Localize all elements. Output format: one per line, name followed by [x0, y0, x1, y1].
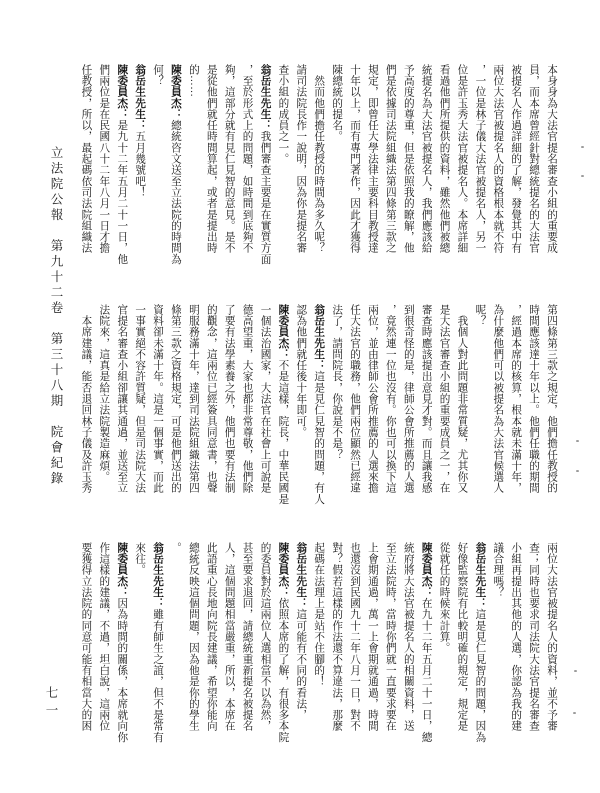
text-column: 的……: [184, 64, 202, 272]
speaker-name: 翁岳生先生：: [474, 542, 485, 609]
text-column: 小組再提出其他的人選，你認為我的建: [506, 542, 524, 750]
speaker-name: 翁岳生先生：: [260, 64, 271, 131]
gazette-header: 立法院公報 第九十二卷 第三十八期 院會紀錄: [47, 146, 65, 487]
text-column: 查；同時也要求司法院大法官提名審查: [524, 542, 542, 750]
text-column: ，經過本席的核算，根本就未滿十年，: [506, 304, 524, 512]
text-column: 的觀念，這兩位已經簽具同意書，也聲: [202, 304, 220, 512]
text-column: 議合理嗎？: [488, 542, 506, 750]
text-column: 予高度的尊重，但是依照我的瞭解，他: [399, 64, 417, 272]
text-column: 統提名為大法官被提名人，我們應該給: [417, 64, 435, 272]
text-column: 時間應該達十年以上。他們任職的期間: [524, 304, 542, 512]
text-column: 條第三款之資格規定，可是他們送出的: [166, 304, 184, 512]
text-column: 本席建議，能否退回林子儀及許玉秀: [77, 304, 95, 512]
text-column: 統府將大法官被提名人的相關資料，送: [399, 542, 417, 750]
speaker-name: 陳委員杰：: [421, 542, 432, 598]
text-column: 到很奇怪的是，律師公會所推薦的人選: [399, 304, 417, 512]
text-column: 呢？: [470, 304, 488, 512]
speaker-name: 陳委員杰：: [170, 64, 181, 120]
text-column: ，一位是林子儀大法官被提名人，另一: [470, 64, 488, 272]
speaker-name: 陳委員杰：: [116, 64, 127, 120]
text-column: 一事實絕不容許質疑，但是司法院大法: [130, 304, 148, 512]
scan-speck: [576, 440, 579, 442]
text-band-middle: 第四條第三款之規定，他們擔任教授的時間應該達十年以上。他們任職的期間，經過本席的…: [76, 304, 560, 512]
text-column: 請司法院長作一說明，因為你是提名審: [291, 64, 309, 272]
text-column: 法了，請問院長，你說是不是？: [327, 304, 345, 512]
text-column: 陳委員杰：是九十二年五月二十一日，他: [112, 64, 130, 272]
text-column: 查小組的成員之一。: [274, 64, 292, 272]
text-column: 為什麼他們可以被提名為大法官候選人: [488, 304, 506, 512]
page-number: 七一: [42, 686, 60, 721]
text-column: 作這樣的建議，不過，坦白說，這兩位: [94, 542, 112, 750]
text-column: 審查時應該提出意見才對。而且讓我感: [417, 304, 435, 512]
text-column: 規定，即曾任大學法律主要科目教授達: [363, 64, 381, 272]
text-column: 德高望重，大家也都非常尊敬，他們除: [238, 304, 256, 512]
text-column: 翁岳生先生：雖有師生之誼，但不是常有: [148, 542, 166, 750]
text-column: 兩位大法官被提名人的資料，並不予審: [542, 542, 560, 750]
text-column: 陳委員杰：不是這樣，院長，中華民國是: [274, 304, 292, 512]
text-column: 們兩位是在民國八十二年八月一日才擔: [94, 64, 112, 272]
text-column: 資料卻未滿十年。這是一個事實，而此: [148, 304, 166, 512]
text-column: 第四條第三款之規定，他們擔任教授的: [542, 304, 560, 512]
text-column: 甚至要求退回，請總統重新提名被提名: [238, 542, 256, 750]
text-column: 上會期通過，萬一上會期就通過，時間: [363, 542, 381, 750]
text-band-bottom: 兩位大法官被提名人的資料，並不予審查；同時也要求司法院大法官提名審查小組再提出其…: [76, 542, 560, 750]
speaker-name: 翁岳生先生：: [134, 64, 145, 131]
text-column: 被提名人作過詳細的了解，發覺其中有: [506, 64, 524, 272]
text-column: 翁岳生先生：五月幾號吧！: [130, 64, 148, 272]
text-column: 此語重心長地向院長建議，希望你能向: [202, 542, 220, 750]
text-column: 看過他們所提供的資料，雖然他們被總: [435, 64, 453, 272]
scan-speck: [581, 175, 584, 177]
text-column: 認為他們就任後十年即可。: [291, 304, 309, 512]
scan-speck: [576, 470, 579, 472]
text-column: 至立法院時，當時你們就一直要求要在: [381, 542, 399, 750]
text-column: 翁岳生先生：這是見仁見智的問題，有人: [309, 304, 327, 512]
text-column: 翁岳生先生：這可能有不同的看法，: [291, 542, 309, 750]
text-column: 對？假若這樣的作法還不算違法，那麼: [327, 542, 345, 750]
text-column: 明服務滿十年，達到司法院組織法第四: [184, 304, 202, 512]
text-column: 然而他們擔任教授的時間為多久呢？: [309, 64, 327, 272]
text-column: 好像監察院有比較明確的規定，規定是: [453, 542, 471, 750]
text-column: 位是許玉秀大法官被提名人。本席詳細: [453, 64, 471, 272]
text-column: 的委員對於這兩位人選相當不以為然，: [256, 542, 274, 750]
text-column: 陳委員杰：因為時間的關係，本席就向你: [112, 542, 130, 750]
text-column: 陳委員杰：在九十二年五月二十一日，總: [417, 542, 435, 750]
text-column: 也還沒到民國九十二年八月一日，對不: [345, 542, 363, 750]
text-column: 了要有法學素養之外，他們也要有法制: [220, 304, 238, 512]
text-column: 從就任的時候來計算。: [435, 542, 453, 750]
text-column: 翁岳生先生：我們審查主要是在實質方面: [256, 64, 274, 272]
speaker-name: 陳委員杰：: [116, 542, 127, 598]
speaker-name: 翁岳生先生：: [313, 304, 324, 371]
text-column: 任教授，所以，最起碼依司法院組織法: [77, 64, 95, 272]
text-column: 法院來，這真是給立法院製造麻煩。: [94, 304, 112, 512]
text-column: 官提名審查小組卻讓其通過，並送至立: [112, 304, 130, 512]
text-column: 總統反映這個問題，因為他是你的學生: [184, 542, 202, 750]
text-column: 夠，這部分就有見仁見智的意見。是不: [220, 64, 238, 272]
scan-speck: [574, 670, 577, 672]
text-column: 。: [166, 542, 184, 750]
text-column: 是大法官審查小組的重要成員之一，在: [435, 304, 453, 512]
text-column: ，竟然連一位也沒有。你也可以換下這: [381, 304, 399, 512]
text-column: 陳委員杰：依照本席的了解，有很多本院: [274, 542, 292, 750]
speaker-name: 陳委員杰：: [277, 542, 288, 598]
text-column: 陳總統的提名。: [327, 64, 345, 272]
text-column: 十年以上，而有專門著作，因此才獲得: [345, 64, 363, 272]
text-column: 一個法治國家，大法官在社會上可說是: [256, 304, 274, 512]
text-column: 兩位大法官被提名人的資格根本就不符: [488, 64, 506, 272]
text-column: 是從他們就任時間算起，或者是提出時: [202, 64, 220, 272]
text-column: 何？: [148, 64, 166, 272]
text-column: 們是依據司法院組織法第四條第三款之: [381, 64, 399, 272]
text-column: 員，而本席曾經針對總統提名的大法官: [524, 64, 542, 272]
text-column: 要獲得立法院的同意可能有相當大的困: [77, 542, 95, 750]
text-column: 起碼在法理上是站不住腳的！: [309, 542, 327, 750]
text-column: 翁岳生先生：這是見仁見智的問題，因為: [470, 542, 488, 750]
text-column: 陳委員杰：總統咨文送至立法院的時間為: [166, 64, 184, 272]
speaker-name: 陳委員杰：: [277, 304, 288, 360]
text-column: 人，這個問題相當嚴重，所以，本席在: [220, 542, 238, 750]
text-column: 本身身為大法官提名審查小組的重要成: [542, 64, 560, 272]
scan-speck: [581, 146, 584, 148]
text-column: 來往。: [130, 542, 148, 750]
text-column: ，至於形式上的問題，如時間到底夠不: [238, 64, 256, 272]
gazette-page: 立法院公報 第九十二卷 第三十八期 院會紀錄 七一 本身身為大法官提名審查小組的…: [0, 0, 600, 793]
text-column: 任大法官的職務，他們兩位顯然已經違: [345, 304, 363, 512]
speaker-name: 翁岳生先生：: [152, 542, 163, 609]
speaker-name: 翁岳生先生：: [295, 542, 306, 609]
text-column: 我個人對此問題非常質疑，尤其你又: [453, 304, 471, 512]
text-column: 兩位，並由律師公會所推薦的人選來擔: [363, 304, 381, 512]
scan-speck: [573, 712, 576, 714]
text-band-top: 本身身為大法官提名審查小組的重要成員，而本席曾經針對總統提名的大法官被提名人作過…: [76, 64, 560, 272]
